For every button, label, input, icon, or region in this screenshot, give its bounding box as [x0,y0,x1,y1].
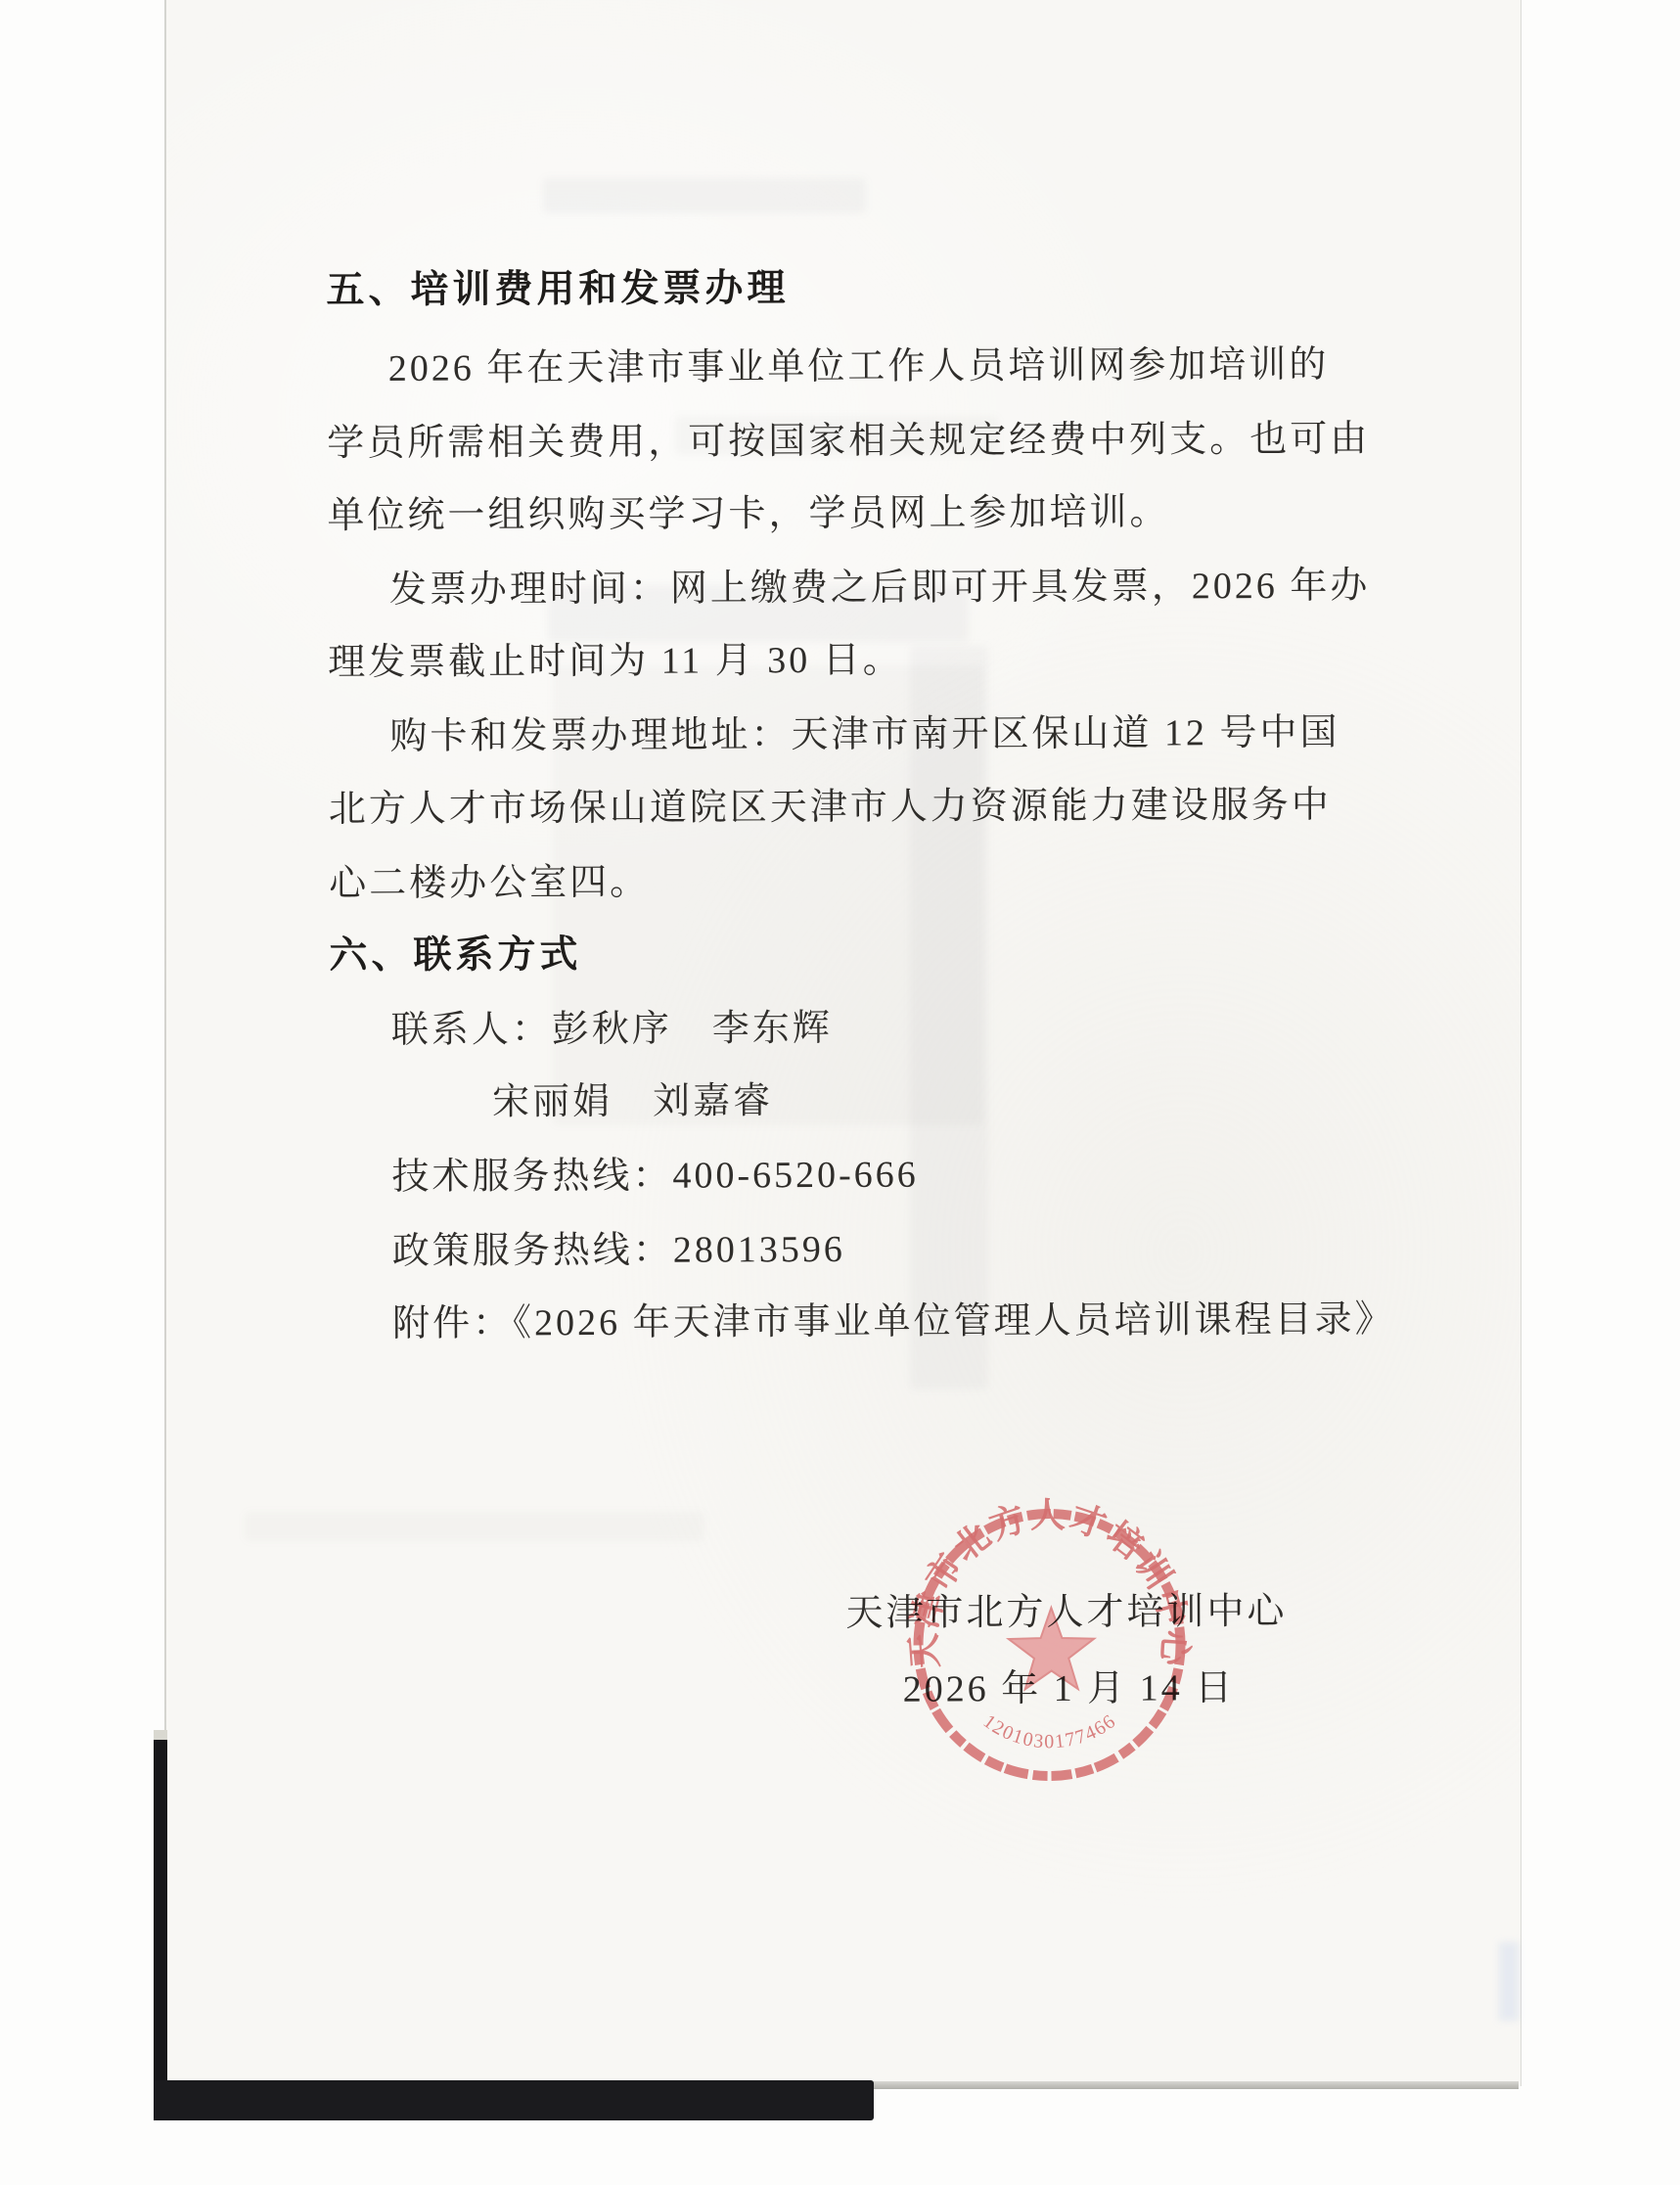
body-line: 2026 年在天津市事业单位工作人员培训网参加培训的 [388,342,1330,391]
tech-hotline-line: 技术服务热线：400-6520-666 [391,1153,919,1200]
contact-persons-line1: 联系人：彭秋序 李东辉 [391,1006,833,1053]
body-line: 单位统一组织购买学习卡，学员网上参加培训。 [327,489,1169,538]
document-content: 五、培训费用和发票办理 2026 年在天津市事业单位工作人员培训网参加培训的 学… [0,0,1680,2185]
seal-star-icon [1009,1608,1095,1690]
official-seal-stamp: 天津市北方人才培训中心 1201030177466 [898,1491,1201,1798]
body-line: 发票办理时间：网上缴费之后即可开具发票，2026 年办 [389,564,1371,613]
attachment-line: 附件：《2026 年天津市事业单位管理人员培训课程目录》 [392,1297,1395,1345]
section-heading-contact: 六、联系方式 [329,933,581,979]
body-line: 学员所需相关费用，可按国家相关规定经费中列支。也可由 [327,417,1370,467]
scanned-document-page: 五、培训费用和发票办理 2026 年在天津市事业单位工作人员培训网参加培训的 学… [0,0,1680,2185]
contact-persons-line2: 宋丽娟 刘嘉睿 [492,1078,773,1124]
seal-code-text: 1201030177466 [979,1710,1121,1753]
body-line: 购卡和发票办理地址：天津市南开区保山道 12 号中国 [389,710,1339,759]
body-line: 心二楼办公室四。 [329,860,650,906]
policy-hotline-line: 政策服务热线：28013596 [392,1227,845,1274]
section-heading-fees: 五、培训费用和发票办理 [326,266,789,313]
body-line: 北方人才市场保山道院区天津市人力资源能力建设服务中 [329,783,1332,832]
body-line: 理发票截止时间为 11 月 30 日。 [328,638,903,686]
